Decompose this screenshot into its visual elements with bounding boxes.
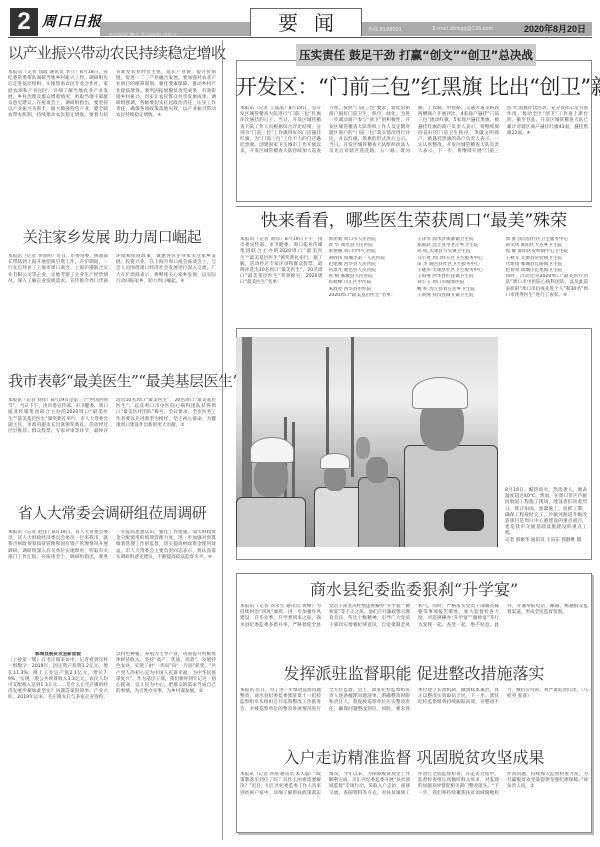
article-body-text: （上接第一版）在毛庄镇采访中，记者看到这样一组数字：2019年，固定资产投资1.… — [8, 652, 216, 700]
worker-face — [254, 457, 288, 497]
masthead: 2 周口日报 责任编辑 魏东 版面编辑 周松平 要闻 热线 8199001 E-… — [8, 8, 592, 36]
worker-vest — [236, 497, 306, 547]
newspaper-logo: 周口日报 — [42, 14, 102, 30]
masthead-divider — [8, 37, 592, 38]
article-headline[interactable]: 发挥派驻监督职能 促进整改措施落实 — [236, 662, 592, 686]
article-body: 本报讯（记者 徐政 通讯员 李立）8月18日，省纪委常委带队调研当地乡村振兴工作… — [8, 70, 216, 202]
article-headline[interactable]: 关注家乡发展 助力周口崛起 — [8, 226, 216, 248]
photo-caption: 8月19日，酷热似火，热浪袭人，地表温度超过40℃。然而，在周口市区沙颍河航道工… — [505, 488, 587, 544]
page-number: 2 — [10, 8, 38, 36]
article-body: 本报讯（记者 孙亮 通讯员 朱大磊）“政策都落实到位了吗？有什么困难需要解决？”… — [240, 772, 588, 828]
issue-date: 2020年8月20日 — [524, 22, 586, 36]
article-headline[interactable]: 我市表彰“最美医生”“最美基层医生” — [8, 370, 216, 392]
doctors-outro: 同时，活动还对2020周口“最美医疗团队”周口市中医院心病科团队，以及此前表彰的… — [506, 274, 589, 299]
worker-face — [366, 457, 388, 483]
photo-credit: 记者 郭俊华 通讯员 王向东 郭静雅 摄 — [505, 538, 587, 544]
article-headline[interactable]: 省人大常委会调研组莅周调研 — [8, 502, 216, 524]
caption-text: 8月19日，酷热似火，热浪袭人，地表温度超过40℃。然而，在周口市区沙颍河航道工… — [505, 488, 587, 536]
worker-vest — [404, 445, 498, 547]
article-industry: 以产业振兴带动农民持续稳定增收 本报讯（记者 徐政 通讯员 李立）8月18日，省… — [8, 42, 216, 202]
article-provincial-congress: 省人大常委会调研组莅周调研 本报讯（记者 赵伟）8月19日，省人大常委会委员、省… — [8, 502, 216, 634]
article-body: 郸城县脱贫攻坚新面貌 （上接第一版）在毛庄镇采访中，记者看到这样一组数字：201… — [8, 652, 216, 842]
waist-bag — [444, 509, 484, 531]
article-body: 本报讯（记者 刘伟）8月19日是第三个“中国医师节”，当日下午，由市委宣传部、市… — [8, 398, 216, 498]
article-continued: 郸城县脱贫攻坚新面貌 （上接第一版）在毛庄镇采访中，记者看到这样一组数字：201… — [8, 652, 216, 842]
hardhat-icon — [320, 453, 350, 469]
doctors-list-1: 郭亚娟 周口市人民医院 蒋 华 商水县人民医院 张艳丽 周口市中心医院 刘胜伟 … — [329, 237, 412, 301]
section-divider — [236, 206, 592, 207]
article-body: 本报讯（记者 李清明）近日，市委常委、统战部长带队到上海开展招商引资工作。在沪期… — [8, 254, 216, 368]
waving-hand — [356, 437, 370, 459]
feature-headline[interactable]: 开发区：“门前三包”红黑旗 比出“创卫”新风气 — [236, 72, 592, 102]
editor-credits: 责任编辑 魏东 版面编辑 周松平 — [100, 33, 178, 39]
hardhat-icon — [412, 377, 468, 409]
workers-photo[interactable] — [236, 337, 498, 547]
feature-body: 本报讯（记者 王晶晶）8月19日，是开发区城管稽查大队进行“门前三包”红旗评比悬… — [240, 106, 588, 198]
article-headline[interactable]: 以产业振兴带动农民持续稳定增收 — [8, 42, 216, 64]
doctors-headline[interactable]: 快来看看，哪些医生荣获周口“最美”殊荣 — [236, 208, 592, 234]
article-doctors-award: 我市表彰“最美医生”“最美基层医生” 本报讯（记者 刘伟）8月19日是第三个“中… — [8, 370, 216, 498]
editor-bar: 责任编辑 魏东 版面编辑 周松平 — [100, 22, 250, 36]
feature-kicker: 压实责任 鼓足干劲 打赢“创文”“创卫”总决战 — [296, 44, 536, 66]
info-bar: 热线 8199001 E-mail zkrbgg@126.com 2020年8月… — [362, 22, 592, 36]
column-divider — [222, 40, 223, 840]
article-headline[interactable]: 商水县纪委监委狠刹“升学宴” — [236, 578, 592, 602]
doctors-list-2: 王泽华 商水县黄寨镇卫生院 郑福武 沈丘县李老庄乡卫生院 孙 成 太康县马头镇卫… — [417, 237, 500, 301]
hotline: 热线 8199001 — [368, 26, 402, 33]
article-body: 本报讯 近日，为了进一步推动巡察问题整改，商水县纪委监委派驻第十一纪检监察组牵头… — [240, 688, 588, 740]
list-item: 2020周口“最美基层医生”名单： — [329, 293, 412, 299]
article-body: 本报讯（记者 赵伟）8月19日，省人大常委会委员、省人大财政经济委员会委员一行来… — [8, 530, 216, 634]
doctors-intro: 本报讯（记者 刘伟）8月19日下午，由市委宣传部、市卫健委、周口报业传媒集团联合… — [240, 237, 323, 301]
doctors-list-3: 郭 蕾 扶沟县社区卫生服务中心 胡文明 淮阳区大连乡卫生院 程 敏 淮阳区安岭镇… — [506, 237, 589, 301]
doctors-body: 本报讯（记者 刘伟）8月19日下午，由市委宣传部、市卫健委、周口报业传媒集团联合… — [240, 237, 588, 301]
article-hometown: 关注家乡发展 助力周口崛起 本报讯（记者 李清明）近日，市委常委、统战部长带队到… — [8, 226, 216, 368]
email: E-mail zkrbgg@126.com — [432, 26, 493, 32]
worker-vest — [314, 487, 364, 547]
section-title: 要闻 — [250, 8, 362, 36]
rebar — [351, 337, 354, 477]
rebar — [326, 347, 329, 467]
article-body: 本报讯（记者 刘永生 通讯员 黄峰）为持续纠治“四风”顽疾，进一步加强作风建设，… — [240, 604, 588, 656]
article-headline[interactable]: 入户走访精准监督 巩固脱贫攻坚成果 — [236, 746, 592, 770]
worker-vest — [358, 477, 400, 547]
hardhat-icon — [250, 437, 294, 463]
list-item: 王新燕 扶沟县城关镇卫生院 — [417, 293, 500, 299]
